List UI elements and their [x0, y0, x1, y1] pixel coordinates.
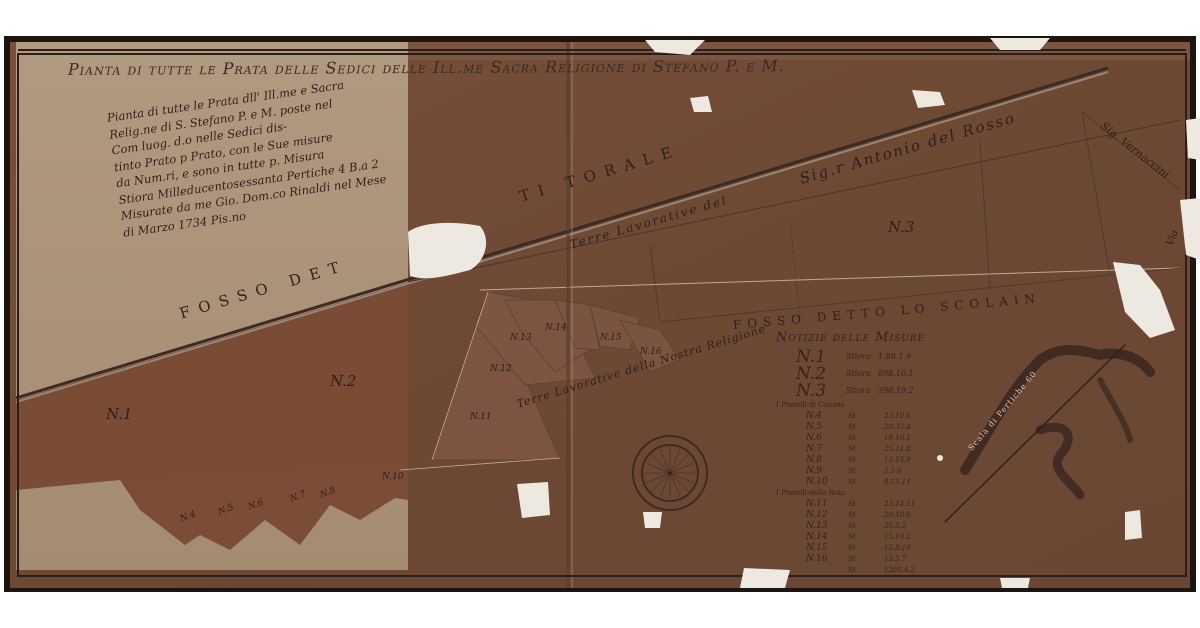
plot-label-n16: N.16 — [640, 347, 662, 357]
plot-label-n10: N.10 — [382, 472, 404, 482]
map-stage: Pianta di tutte le Prata delle Sedici de… — [0, 0, 1200, 628]
plot-label-n2: N.2 — [330, 372, 356, 390]
plot-label-n3: N.3 — [888, 218, 914, 236]
legend-row: N.13St.25.5.2 — [776, 520, 956, 531]
legend-row: N.5St.20.33.4 — [776, 421, 956, 432]
plot-label-n15: N.15 — [600, 333, 622, 343]
plot-label-n12: N.12 — [490, 364, 512, 374]
legend-total: St.1260.4.2 — [776, 564, 956, 575]
legend-row: N.1Stiora1.88.1.9 — [776, 348, 956, 365]
legend-row: N.4St.23.10.6 — [776, 410, 956, 421]
plot-label-n11: N.11 — [470, 412, 492, 422]
legend-heading: Notizie delle Misure — [776, 330, 956, 345]
legend-section-rota: I Pratelli della Rota — [776, 489, 956, 497]
legend-row: N.7St.25.11.8 — [776, 443, 956, 454]
measure-legend: Notizie delle Misure N.1Stiora1.88.1.9 N… — [776, 330, 956, 575]
legend-row: N.3Stiora398.19.2 — [776, 382, 956, 399]
map-title: Pianta di tutte le Prata delle Sedici de… — [68, 56, 785, 79]
legend-row: N.2Stiora898.10.1 — [776, 365, 956, 382]
legend-row: N.10St.8.15.11 — [776, 476, 956, 487]
plot-label-n13: N.13 — [510, 333, 532, 343]
legend-row: N.12St.20.10.6 — [776, 509, 956, 520]
legend-row: N.9St.5.5.6 — [776, 465, 956, 476]
legend-section-calcina: I Pratelli di Calcina — [776, 401, 956, 409]
legend-row: N.6St.19.10.1 — [776, 432, 956, 443]
legend-row: N.16St.13.5.7 — [776, 553, 956, 564]
legend-row: N.11St.23.14.11 — [776, 498, 956, 509]
legend-row: N.8St.13.15.9 — [776, 454, 956, 465]
plot-label-n14: N.14 — [545, 323, 567, 333]
legend-row: N.14St.15.19.2 — [776, 531, 956, 542]
legend-row: N.15St.15.8.10 — [776, 542, 956, 553]
compass-rose-icon — [633, 436, 707, 510]
plot-label-n1: N.1 — [106, 405, 132, 423]
